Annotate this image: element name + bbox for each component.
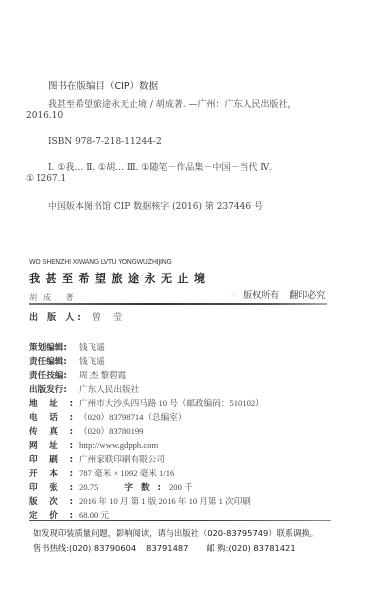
info-row: 电话:（020）83798714（总编室）	[29, 411, 186, 423]
info-row: 印刷:广州家联印刷有限公司	[29, 453, 165, 465]
publisher-label: 出 版 人:	[29, 313, 84, 323]
info-row: 策划编辑:钱飞遥	[29, 341, 105, 353]
info-row: 责任编辑:钱飞遥	[29, 355, 105, 367]
copyright-notice: 版权所有	[243, 291, 279, 301]
divider-top	[29, 303, 327, 305]
mail-order-label: 邮 购:	[206, 543, 228, 553]
cip-isbn: ISBN 978-7-218-11244-2	[48, 137, 162, 147]
cip-title-line-cont: 2016.10	[26, 111, 63, 121]
copyright-line: ☞版权所有翻印必究	[230, 288, 325, 301]
quality-notice: 如发现印装质量问题，影响阅读，请与出版社（020-83795749）联系调换。	[33, 527, 318, 539]
word-count-label: 字数:	[124, 481, 169, 493]
publisher-row: 出 版 人:曾 莹	[29, 310, 127, 323]
hotline-number-2: 83791487	[146, 543, 188, 553]
cip-classification: Ⅰ. ①我… Ⅱ. ①胡… Ⅲ. ①随笔－作品集－中国－当代 Ⅳ.	[48, 160, 272, 173]
divider-bottom	[29, 520, 331, 521]
info-row: 开本:787 毫米 × 1092 毫米 1/16	[29, 467, 174, 479]
publisher-value: 曾 莹	[92, 312, 127, 322]
word-count-value: 200 千	[169, 482, 193, 492]
info-row: 出版发行:广东人民出版社	[29, 383, 139, 395]
author: 胡成 著	[29, 292, 80, 303]
pinyin-title: WO SHENZHI XIWANG LVTU YONGWUZHIJING	[29, 258, 172, 266]
hand-pointer-icon: ☞	[230, 291, 237, 300]
cip-heading: 图书在版编目（CIP）数据	[48, 78, 158, 92]
info-row: 传真:（020）83780199	[29, 425, 143, 437]
hotline-row: 售书热线:(020) 8379060483791487邮 购:(020) 837…	[33, 542, 296, 554]
info-row: 网址:http://www.gdpph.com	[29, 439, 158, 451]
hotline-label: 售书热线:	[33, 543, 69, 553]
info-row: 版次:2016 年 10 月 第 1 版 2016 年 10 月第 1 次印刷	[29, 495, 251, 507]
book-title: 我甚至希望旅途永无止境	[29, 270, 211, 286]
piracy-notice: 翻印必究	[289, 291, 325, 301]
cip-title-line: 我甚至希望旅途永无止境 / 胡成著. —广州：广东人民出版社，	[48, 97, 296, 110]
hotline-number-1: (020) 83790604	[69, 543, 136, 553]
info-row: 责任技编:周 杰 黎碧霞	[29, 369, 126, 381]
info-row: 印张:20.75字数:200 千	[29, 481, 193, 493]
info-row: 地址:广州市大沙头四马路 10 号（邮政编码：510102）	[29, 397, 264, 409]
mail-order-number: (020) 83781421	[228, 543, 295, 553]
cip-classification-cont: ① I267.1	[26, 174, 66, 184]
cip-record-number: 中国版本图书馆 CIP 数据核字 (2016) 第 237446 号	[48, 199, 263, 212]
